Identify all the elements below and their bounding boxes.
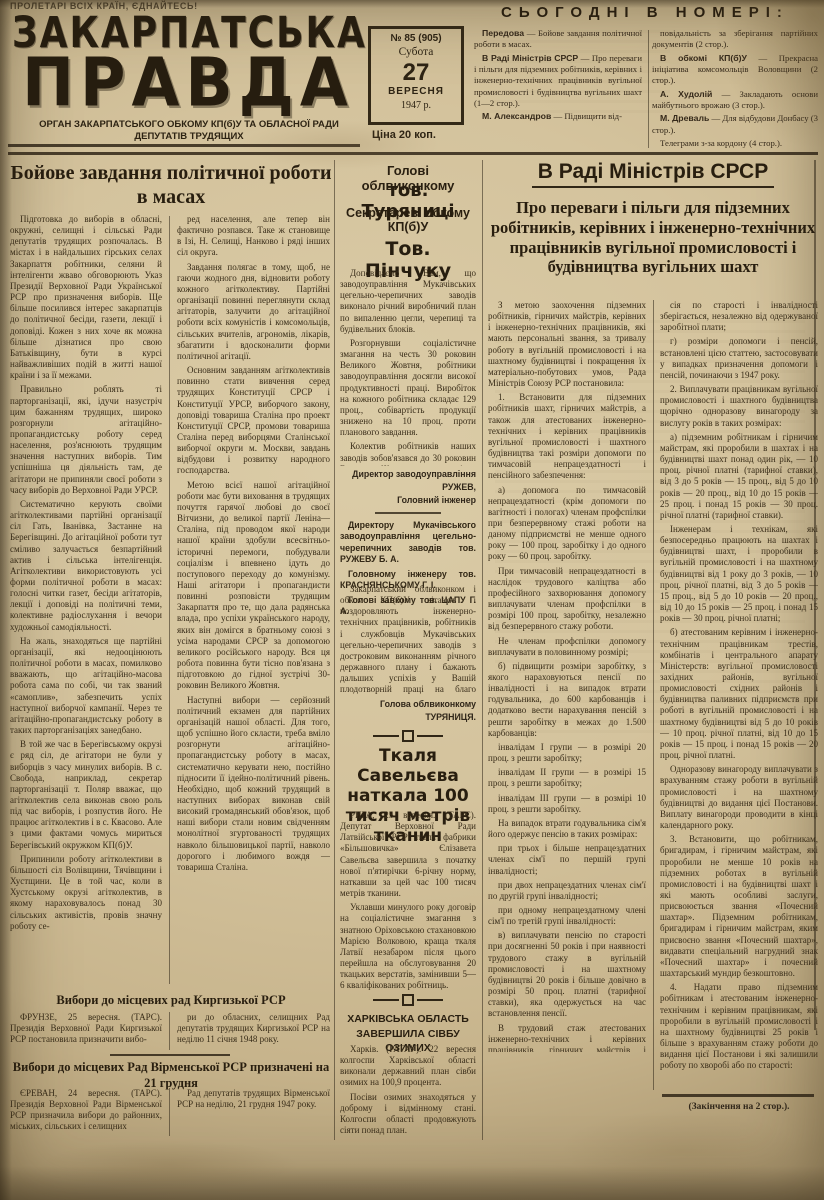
signature-line: Головний інженер КРАСНЯНСЬКИЙ, — [340, 494, 476, 508]
kyrgyz-column-rule — [169, 1012, 170, 1050]
toc-column-1: Передова — Бойове завдання політичної ро… — [474, 28, 642, 150]
toc-item: Телеграми з-за кордону (4 стор.). — [652, 138, 818, 149]
lead-article-column-2: ред населення, але тепер він фактично ро… — [177, 214, 330, 986]
kyrgyz-article-headline: Вибори до місцевих рад Киргизької РСР — [10, 993, 332, 1009]
toc-item-lead: М. Древаль — [660, 113, 709, 123]
continuation-note: (Закінчення на 2 стор.). — [660, 1102, 818, 1112]
article-paragraph: а) допомога по тимчасовій непрацездатнос… — [488, 485, 646, 563]
kyrgyz-article-column-2: ри до обласних, селищних Рад депутатів т… — [177, 1012, 330, 1052]
article-paragraph: Харків. (РАТАУ). 22 вересня колгоспи Хар… — [340, 1044, 476, 1089]
ornament-bar — [417, 735, 443, 737]
article-paragraph: ФРУНЗЕ, 25 вересня. (ТАРС). Президія Вер… — [10, 1012, 162, 1045]
issue-year: 1947 р. — [371, 99, 461, 112]
lead-article-headline: Бойове завдання політичної роботи в маса… — [10, 162, 332, 209]
toc-item: В обкомі КП(б)У — Прекрасна ініціатива к… — [652, 53, 818, 87]
article-paragraph: Колектив робітників наших заводів зобов'… — [340, 441, 476, 466]
article-paragraph: ри до обласних, селищних Рад депутатів т… — [177, 1012, 330, 1045]
bottom-edge-shadow — [0, 1166, 824, 1200]
article-paragraph: а) підземним робітникам і гірничим майст… — [660, 432, 818, 521]
article-paragraph: В трудовий стаж атестованих інженерно-те… — [488, 1023, 646, 1052]
letter1-body: Доповідаємо Вам, що заводоуправління Мук… — [340, 268, 476, 466]
article-paragraph: Рад депутатів трудящих Вірменської РСР н… — [177, 1088, 330, 1110]
toc-item: М. Александров — Підвищити від- — [474, 111, 642, 122]
toc-item-lead: В обкомі КП(б)У — [660, 53, 747, 63]
newspaper-page: ПРОЛЕТАРІ ВСІХ КРАЇН, ЄДНАЙТЕСЬ! ЗАКАРПА… — [0, 0, 824, 1200]
kharkiv-article-body: Харків. (РАТАУ). 22 вересня колгоспи Хар… — [340, 1044, 476, 1136]
lead-article-column-1: Підготовка до виборів в обласні, окружні… — [10, 214, 162, 986]
article-paragraph: Метою всієї нашої агітаційної роботи має… — [177, 480, 330, 692]
armenia-article-column-1: ЄРЕВАН, 24 вересня. (ТАРС). Президія Вер… — [10, 1088, 162, 1138]
article-paragraph: ЄРЕВАН, 24 вересня. (ТАРС). Президія Вер… — [10, 1088, 162, 1133]
article-paragraph: На випадок втрати годувальника сім'я йог… — [488, 818, 646, 840]
article-paragraph: ред населення, але тепер він фактично ро… — [177, 214, 330, 259]
article-paragraph: Розгорнувши соціалістичне змагання на че… — [340, 338, 476, 438]
signature-line: Директор заводоуправління РУЖЕВ, — [340, 468, 476, 494]
article-paragraph: Інженерам і технікам, які безпосередньо … — [660, 524, 818, 624]
toc-item: Передова — Бойове завдання політичної ро… — [474, 28, 642, 51]
article-paragraph: при одному непрацездатному члені сім'ї п… — [488, 905, 646, 927]
toc-item-lead: Передова — [482, 28, 524, 38]
article-paragraph: Доповідаємо Вам, що заводоуправління Мук… — [340, 268, 476, 335]
toc-item: А. Худолій — Закладають основи майбутньо… — [652, 89, 818, 112]
ministers-kicker: В Раді Міністрів СРСР — [532, 160, 774, 188]
article-paragraph: Правильно роблять ті парторганізації, як… — [10, 384, 162, 496]
ornament-square — [402, 730, 414, 742]
toc-item-lead: В Раді Міністрів СРСР — [482, 53, 578, 63]
toc-column-2: повідальність за зберігання партійних до… — [652, 28, 818, 150]
lead-article-column-rule — [169, 216, 170, 984]
article-paragraph: г) розміри допомоги і пенсій, встановлен… — [660, 336, 818, 381]
toc-item-text: Телеграми з-за кордону (4 стор.). — [660, 138, 782, 148]
article-paragraph: Систематично керують своїми агітколектив… — [10, 499, 162, 633]
letter-heading-secretary: Секретареві обкому КП(б)У — [340, 206, 476, 235]
article-paragraph: Завдання полягає в тому, щоб, не гаючи ж… — [177, 262, 330, 362]
letter2-signatures: Голова облвиконкому ТУРЯНИЦЯ.Секретар об… — [340, 698, 476, 726]
ornament-square — [402, 994, 414, 1006]
article-paragraph: б) підвищити розміри заробітку, з якого … — [488, 661, 646, 739]
ministers-column-2: сія по старості і інвалідності зберігаєт… — [660, 300, 818, 1090]
article-paragraph: Посіви озимих знаходяться у доброму і ві… — [340, 1092, 476, 1136]
weaver-article-body: РИГА, 25 вересня. (ТАРС). Депутат Верхов… — [340, 810, 476, 992]
article-paragraph: Не членам профспілки допомогу виплачуват… — [488, 636, 646, 658]
article-paragraph: б) атестованим керівним і інженерно-техн… — [660, 627, 818, 761]
article-paragraph: При тимчасовій непрацездатності в наслід… — [488, 566, 646, 633]
signature-line: Секретар обкому КП(б)У ПІНЧУК. — [340, 724, 476, 726]
issue-number: № 85 (905) — [371, 32, 461, 45]
masthead-rule — [8, 144, 360, 147]
article-paragraph: сія по старості і інвалідності зберігаєт… — [660, 300, 818, 333]
toc-item: повідальність за зберігання партійних до… — [652, 28, 818, 51]
article-paragraph: Основним завданням агітколективів повинн… — [177, 365, 330, 477]
armenia-article-column-2: Рад депутатів трудящих Вірменської РСР н… — [177, 1088, 330, 1138]
toc-title: СЬОГОДНІ В НОМЕРІ: — [470, 4, 820, 21]
ministers-end-rule — [662, 1094, 814, 1097]
issue-month: ВЕРЕСНЯ — [371, 85, 461, 99]
article-paragraph: Наступні вибори — серйозний політичний е… — [177, 695, 330, 874]
article-paragraph: Уклавши минулого року договір на соціалі… — [340, 902, 476, 991]
paper-stain — [560, 1110, 800, 1190]
issue-box: № 85 (905) Субота 27 ВЕРЕСНЯ 1947 р. — [368, 26, 464, 125]
ministers-kicker-wrap: В Раді Міністрів СРСР — [486, 160, 820, 188]
toc-item: М. Древаль — Для відбудови Донбасу (3 ст… — [652, 113, 818, 136]
column-rule-mid — [482, 160, 483, 1140]
paper-stain — [40, 1140, 300, 1190]
article-paragraph: 1. Встановити для підземних робітників ш… — [488, 392, 646, 481]
armenia-column-rule — [169, 1088, 170, 1136]
article-paragraph: В той же час в Берегівському окрузі є ря… — [10, 739, 162, 851]
toc-item-text: — Підвищити від- — [553, 111, 622, 121]
ornament-bar — [373, 735, 399, 737]
page-top-rule — [8, 152, 818, 155]
letter-divider-rule — [375, 512, 441, 514]
article-paragraph: інвалідам I групи — в розмірі 20 проц. з… — [488, 742, 646, 764]
article-paragraph: при трьох і більше непрацездатних членах… — [488, 843, 646, 876]
article-paragraph: 2. Виплачувати працівникам вугільної про… — [660, 384, 818, 429]
article-paragraph: при двох непрацездатних членах сім'ї по … — [488, 880, 646, 902]
masthead-title-line2: ПРАВДА — [12, 50, 364, 117]
article-paragraph: інвалідам III групи — в розмірі 10 проц.… — [488, 793, 646, 815]
ministers-column-rule — [653, 300, 654, 1090]
toc-item: В Раді Міністрів СРСР — Про переваги і п… — [474, 53, 642, 110]
toc-item-lead: М. Александров — [482, 111, 551, 121]
article-paragraph: Припинили роботу агітколективи в більшос… — [10, 854, 162, 932]
article-paragraph: в) виплачувати пенсію по старості при до… — [488, 930, 646, 1019]
article-paragraph: Одноразову винагороду виплачувати з врах… — [660, 764, 818, 831]
letter2-addresses: Директору Мукачівського заводоуправління… — [340, 520, 476, 582]
article-paragraph: 4. Надати право підземним робітникам і а… — [660, 982, 818, 1071]
toc-divider-rule — [648, 30, 649, 148]
ministers-headline: Про переваги і пільги для підземних робі… — [486, 198, 820, 277]
toc-item-text: повідальність за зберігання партійних до… — [652, 28, 818, 49]
letter2-body: Закарпатський облвиконком і обком КП(б)У… — [340, 584, 476, 696]
article-paragraph: Закарпатський облвиконком і обком КП(б)У… — [340, 584, 476, 696]
issue-weekday: Субота — [371, 45, 461, 60]
letter1-signatures: Директор заводоуправління РУЖЕВ,Головний… — [340, 468, 476, 508]
article-paragraph: 3. Встановити, що робітникам, бригадирам… — [660, 834, 818, 979]
article-paragraph: інвалідам II групи — в розмірі 15 проц. … — [488, 767, 646, 789]
section-divider-ornament — [340, 730, 476, 742]
address-line: Директору Мукачівського заводоуправління… — [340, 520, 476, 566]
signature-line: Голова облвиконкому ТУРЯНИЦЯ. — [340, 698, 476, 724]
section-divider-ornament — [340, 994, 476, 1006]
issue-day: 27 — [371, 60, 461, 85]
kyrgyz-article-column-1: ФРУНЗЕ, 25 вересня. (ТАРС). Президія Вер… — [10, 1012, 162, 1052]
ornament-bar — [373, 999, 399, 1001]
armenia-article-headline: Вибори до місцевих Рад Вірменської РСР п… — [10, 1060, 332, 1091]
kyrgyz-end-rule — [110, 1054, 230, 1056]
ornament-bar — [417, 999, 443, 1001]
masthead-organ: ОРГАН ЗАКАРПАТСЬКОГО ОБКОМУ КП(б)У ТА ОБ… — [22, 119, 356, 144]
ministers-column-1: З метою заохочення підземних робітників,… — [488, 300, 646, 1052]
issue-price: Ціна 20 коп. — [372, 129, 436, 141]
toc-item-lead: А. Худолій — [660, 89, 712, 99]
column-rule-left — [334, 160, 335, 1140]
article-paragraph: На жаль, знаходяться ще партійні організ… — [10, 636, 162, 736]
article-paragraph: Підготовка до виборів в обласні, окружні… — [10, 214, 162, 381]
article-paragraph: РИГА, 25 вересня. (ТАРС). Депутат Верхов… — [340, 810, 476, 899]
article-paragraph: З метою заохочення підземних робітників,… — [488, 300, 646, 389]
